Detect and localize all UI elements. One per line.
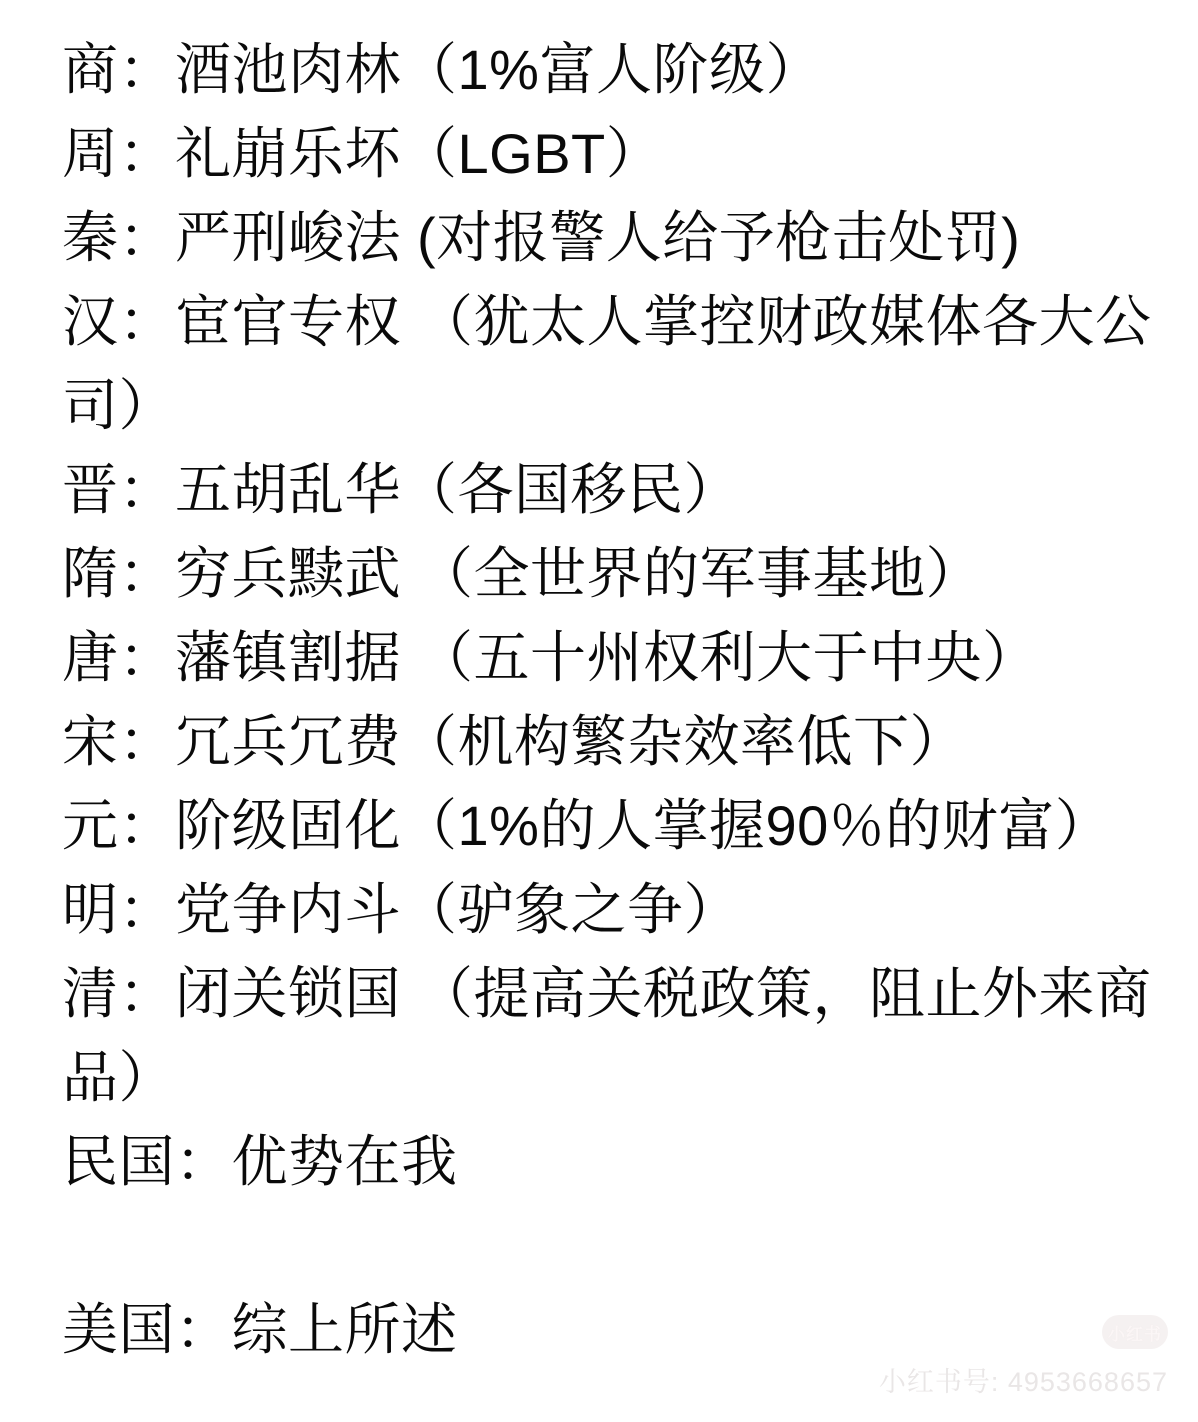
- text-line: 宋：冗兵冗费（机构繁杂效率低下）: [62, 700, 1162, 784]
- dynasty-comparison-list: 商：酒池肉林（1%富人阶级）周：礼崩乐坏（LGBT）秦：严刑峻法 (对报警人给予…: [0, 0, 1198, 1372]
- text-line: 明：党争内斗（驴象之争）: [62, 868, 1162, 952]
- text-line: 晋：五胡乱华（各国移民）: [62, 448, 1162, 532]
- text-line: 隋：穷兵黩武 （全世界的军事基地）: [62, 532, 1162, 616]
- text-line: 唐：藩镇割据 （五十州权利大于中央）: [62, 616, 1162, 700]
- text-line: 周：礼崩乐坏（LGBT）: [62, 112, 1162, 196]
- text-line: 商：酒池肉林（1%富人阶级）: [62, 28, 1162, 112]
- text-line: 清：闭关锁国 （提高关税政策，阻止外来商品）: [62, 952, 1162, 1120]
- text-line: 元：阶级固化（1%的人掌握90％的财富）: [62, 784, 1162, 868]
- xiaohongshu-logo-badge: 小红书: [1102, 1315, 1168, 1349]
- text-line: [62, 1204, 1162, 1288]
- text-line: 民国：优势在我: [62, 1120, 1162, 1204]
- text-line: 秦：严刑峻法 (对报警人给予枪击处罚): [62, 196, 1162, 280]
- text-line: 汉：宦官专权 （犹太人掌控财政媒体各大公司）: [62, 280, 1162, 448]
- xiaohongshu-account-id: 小红书号: 4953668657: [879, 1360, 1168, 1399]
